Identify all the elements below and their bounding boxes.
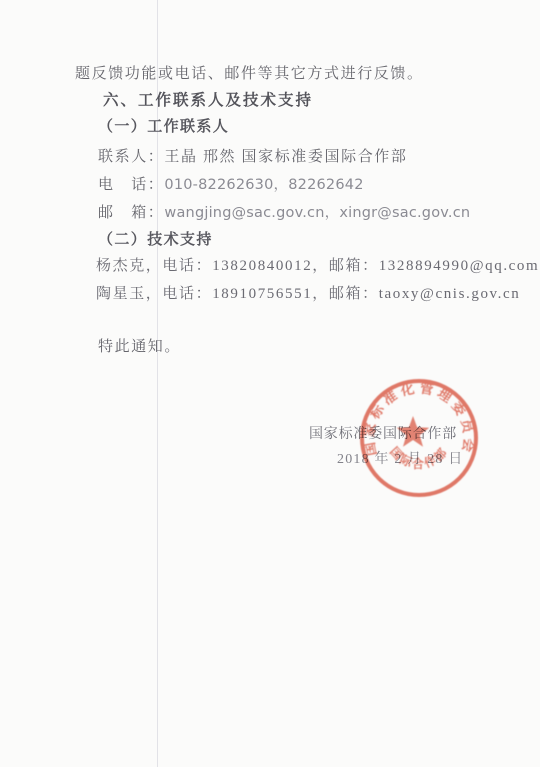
official-seal: 国家标准化管理委员会 国际合作部 bbox=[337, 356, 501, 520]
tech-support-line-2: 陶星玉，电话：18910756551，邮箱：taoxy@cnis.gov.cn bbox=[96, 287, 520, 302]
svg-text:国际合作部: 国际合作部 bbox=[387, 444, 451, 471]
phone-value: 010-82262630，82262642 bbox=[164, 177, 363, 193]
intro-line: 题反馈功能或电话、邮件等其它方式进行反馈。 bbox=[75, 67, 424, 82]
section-heading: 六、工作联系人及技术支持 bbox=[103, 93, 313, 109]
seal-star-icon bbox=[397, 416, 429, 447]
phone-label: 电 话： bbox=[98, 177, 164, 193]
seal-ring-text: 国家标准化管理委员会 bbox=[360, 379, 477, 457]
email-label: 邮 箱： bbox=[98, 205, 164, 221]
email-line: 邮 箱：wangjing@sac.gov.cn，xingr@sac.gov.cn bbox=[98, 206, 470, 221]
phone-line: 电 话：010-82262630，82262642 bbox=[98, 178, 364, 193]
seal-bottom-text: 国际合作部 bbox=[387, 444, 451, 471]
closing-line: 特此通知。 bbox=[98, 340, 181, 355]
paper-fold-line bbox=[157, 0, 158, 767]
tech-support-line-1: 杨杰克，电话：13820840012，邮箱：1328894990@qq.com bbox=[96, 259, 539, 274]
subsection-2-heading: （二）技术支持 bbox=[98, 233, 213, 248]
page: 题反馈功能或电话、邮件等其它方式进行反馈。 六、工作联系人及技术支持 （一）工作… bbox=[0, 0, 540, 767]
subsection-1-heading: （一）工作联系人 bbox=[98, 120, 229, 135]
contact-line: 联系人：王晶 邢然 国家标准委国际合作部 bbox=[98, 150, 408, 165]
svg-text:国家标准化管理委员会: 国家标准化管理委员会 bbox=[360, 379, 477, 457]
email-value: wangjing@sac.gov.cn，xingr@sac.gov.cn bbox=[164, 205, 470, 221]
